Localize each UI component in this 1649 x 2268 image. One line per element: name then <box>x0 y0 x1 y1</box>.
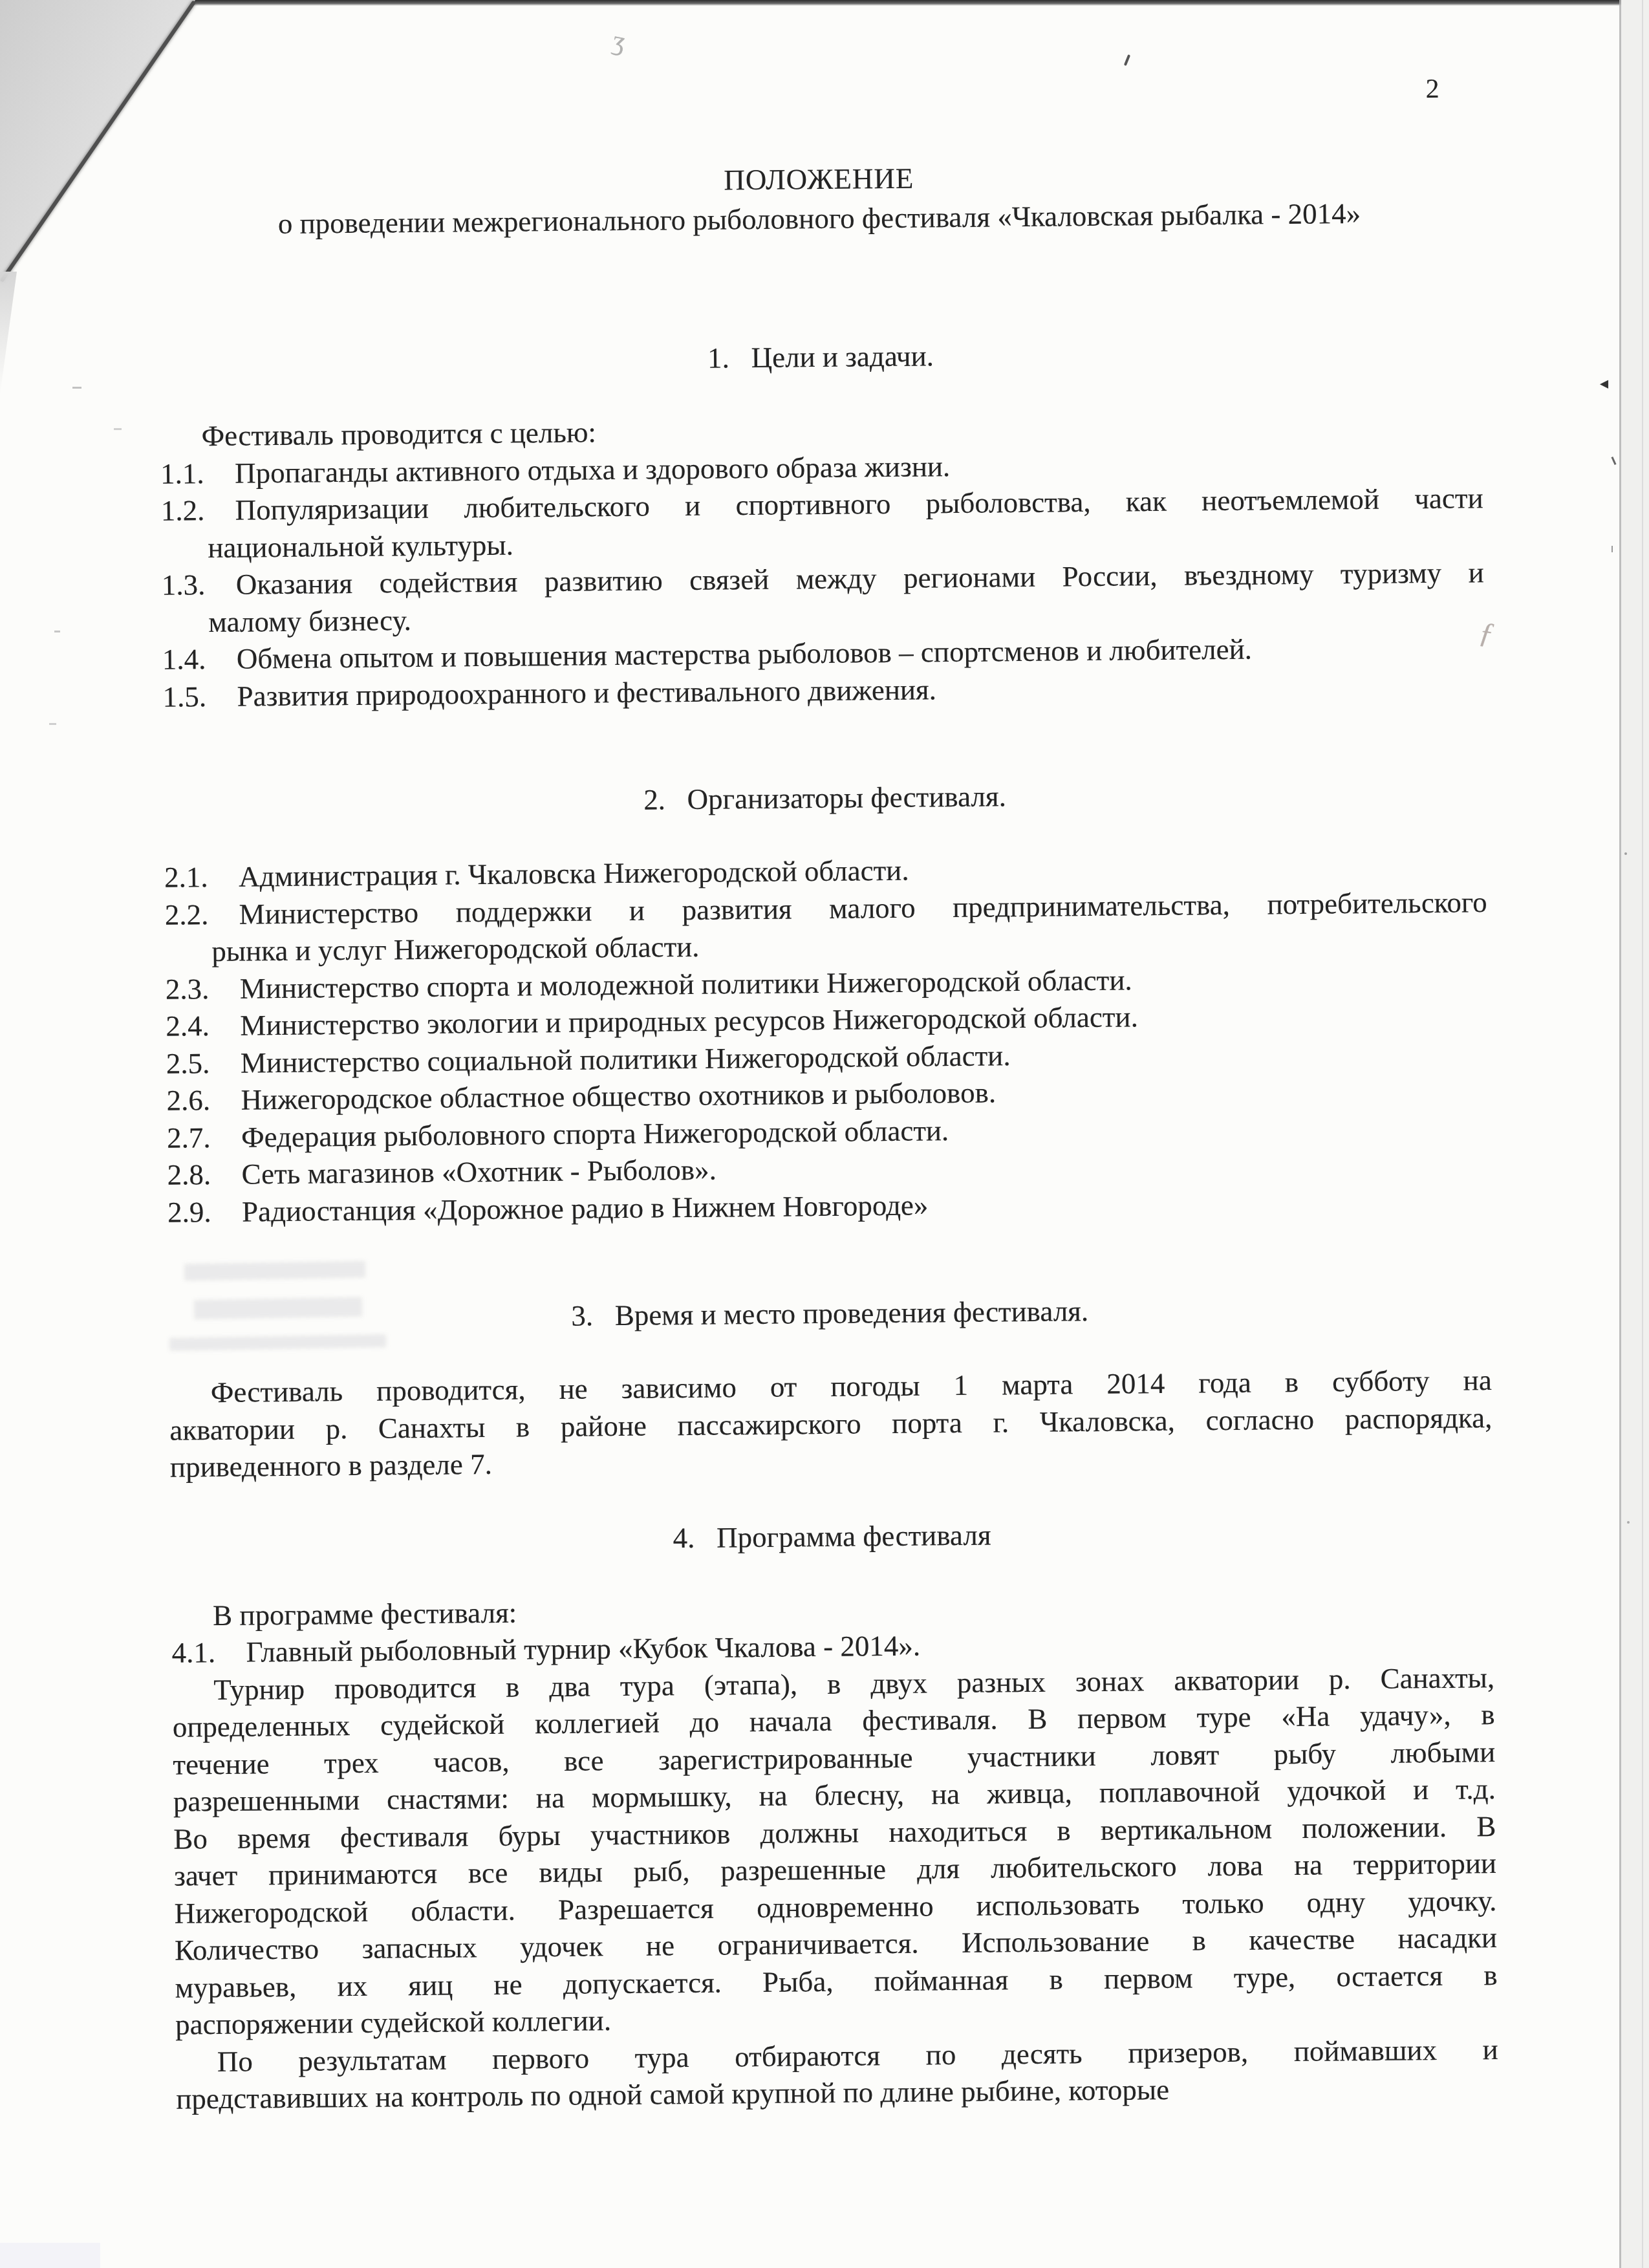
section-2: 2. Организаторы фестиваля.2.1.Администра… <box>164 775 1490 1231</box>
paragraph: Турнир проводится в два тура (этапа), в … <box>172 1659 1498 2044</box>
section-heading: 2. Организаторы фестиваля. <box>164 775 1486 821</box>
item-number: 2.1. <box>164 859 208 896</box>
ink-speck <box>114 428 122 430</box>
section-1: 1. Цели и задачи.Фестиваль проводится с … <box>159 334 1485 716</box>
section-heading: 3. Время и место проведения фестиваля. <box>169 1291 1491 1336</box>
ink-speck: ʒ <box>610 25 628 58</box>
item-number: 2.3. <box>166 971 210 1008</box>
scanner-bed-strip <box>1621 0 1649 2268</box>
item-number: 4.1. <box>171 1634 215 1672</box>
paragraph: Фестиваль проводится, не зависимо от пог… <box>169 1362 1493 1486</box>
scanner-bed-line <box>1642 0 1643 2268</box>
item-number: 2.2. <box>164 896 208 934</box>
list-item: 1.2.Популяризации любительского и спорти… <box>207 480 1483 567</box>
ink-speck <box>49 723 56 725</box>
item-number: 1.1. <box>160 455 204 493</box>
document-content: 2 ПОЛОЖЕНИЕ о проведении межрегиональног… <box>156 74 1498 2118</box>
bottom-left-shadow <box>0 2243 100 2268</box>
ink-bleed-smudge <box>194 1297 362 1320</box>
left-edge-shadow <box>0 272 17 394</box>
item-number: 2.6. <box>166 1082 210 1119</box>
item-number: 2.4. <box>166 1008 210 1045</box>
item-number: 2.5. <box>166 1045 210 1083</box>
page-number: 2 <box>156 74 1479 116</box>
ink-speck <box>72 387 81 389</box>
ink-speck <box>1624 852 1627 855</box>
scan-top-edge-shadow <box>0 0 1649 6</box>
ink-speck <box>1611 546 1613 552</box>
sections: 1. Цели и задачи.Фестиваль проводится с … <box>159 334 1498 2118</box>
ink-speck <box>1611 457 1616 465</box>
ink-speck <box>1124 54 1130 66</box>
list-item: 2.2.Министерство поддержки и развития ма… <box>211 884 1487 971</box>
item-number: 1.2. <box>160 492 204 530</box>
section-3: 3. Время и место проведения фестиваля.Фе… <box>169 1291 1493 1486</box>
ink-speck <box>1627 1521 1630 1524</box>
item-number: 2.8. <box>167 1156 211 1194</box>
paragraph: По результатам первого тура отбираются п… <box>175 2031 1498 2119</box>
item-number: 1.5. <box>162 678 206 716</box>
list-item: 1.3.Оказания содействия развитию связей … <box>208 554 1485 641</box>
section-heading: 1. Цели и задачи. <box>159 334 1482 380</box>
section-heading: 4. Программа фестиваля <box>171 1514 1493 1559</box>
item-number: 1.4. <box>162 641 206 678</box>
ink-speck <box>54 631 60 632</box>
item-number: 2.7. <box>167 1119 211 1157</box>
item-number: 2.9. <box>167 1194 211 1231</box>
ink-speck: ◂ <box>1600 374 1608 393</box>
scanned-document-page: 2 ПОЛОЖЕНИЕ о проведении межрегиональног… <box>0 0 1649 2268</box>
section-4: 4. Программа фестиваляВ программе фестив… <box>171 1514 1499 2119</box>
ink-bleed-smudge <box>184 1261 365 1281</box>
item-number: 1.3. <box>162 567 206 604</box>
